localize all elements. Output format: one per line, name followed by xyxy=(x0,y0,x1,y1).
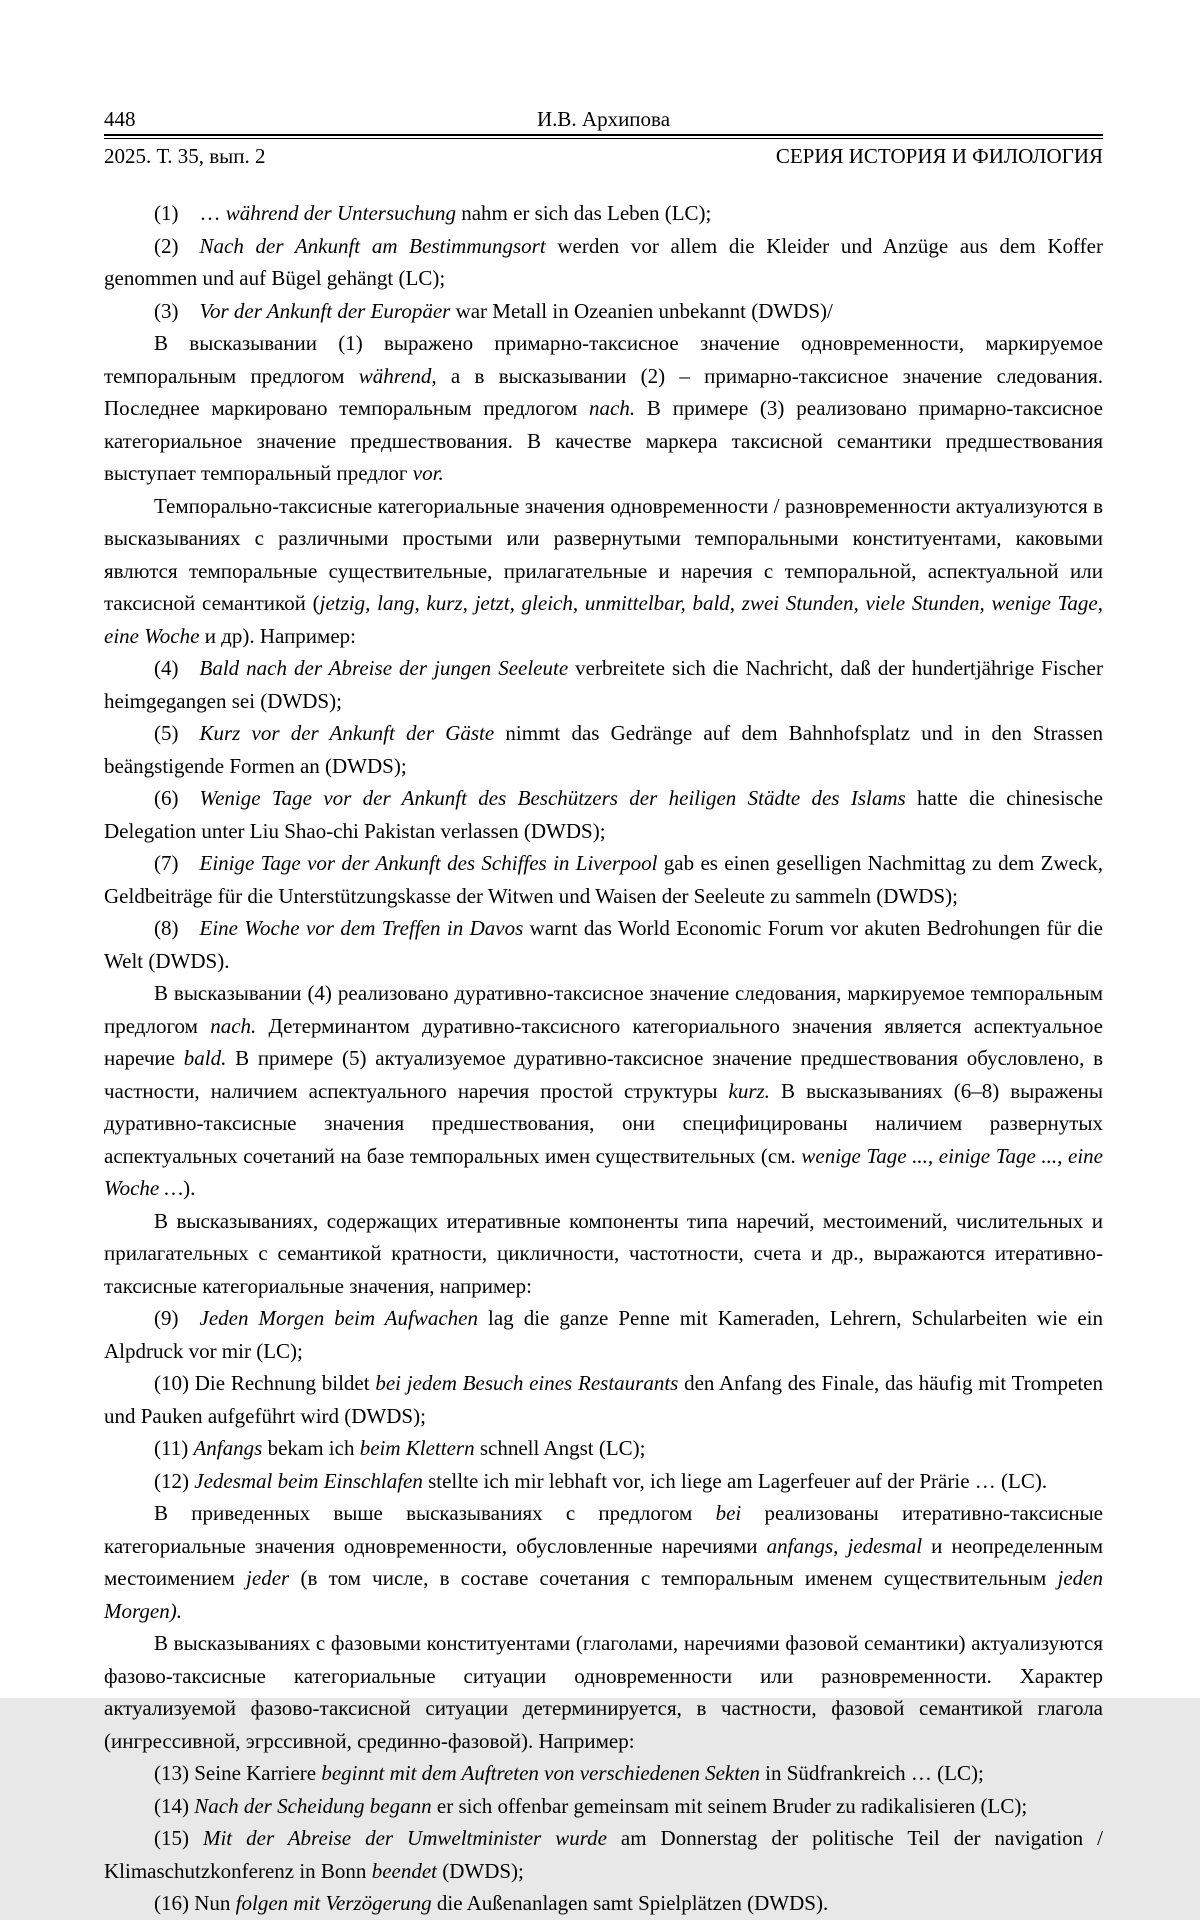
paragraph: (15) Mit der Abreise der Umweltminister … xyxy=(104,1822,1103,1887)
paragraph: (7) Einige Tage vor der Ankunft des Schi… xyxy=(104,847,1103,912)
running-head-author: И.В. Архипова xyxy=(104,106,1103,132)
journal-volume: 2025. Т. 35, вып. 2 xyxy=(104,144,266,169)
paragraph: В высказываниях, содержащих итеративные … xyxy=(104,1205,1103,1303)
paragraph: В высказывании (1) выражено примарно-так… xyxy=(104,327,1103,490)
running-header: 448 И.В. Архипова 2025. Т. 35, вып. 2 СЕ… xyxy=(104,106,1103,169)
paragraph: (6) Wenige Tage vor der Ankunft des Besc… xyxy=(104,782,1103,847)
header-row-top: 448 И.В. Архипова xyxy=(104,106,1103,132)
page-body: (1) … während der Untersuchung nahm er s… xyxy=(104,197,1103,1920)
paragraph: (2) Nach der Ankunft am Bestimmungsort w… xyxy=(104,230,1103,295)
paragraph: (9) Jeden Morgen beim Aufwachen lag die … xyxy=(104,1302,1103,1367)
header-row-bottom: 2025. Т. 35, вып. 2 СЕРИЯ ИСТОРИЯ И ФИЛО… xyxy=(104,144,1103,169)
paragraph: (4) Bald nach der Abreise der jungen See… xyxy=(104,652,1103,717)
paragraph: Темпорально-таксисные категориальные зна… xyxy=(104,490,1103,653)
paragraph: (1) … während der Untersuchung nahm er s… xyxy=(104,197,1103,230)
paragraph: (13) Seine Karriere beginnt mit dem Auft… xyxy=(104,1757,1103,1790)
journal-series: СЕРИЯ ИСТОРИЯ И ФИЛОЛОГИЯ xyxy=(776,144,1103,169)
paragraph: (16) Nun folgen mit Verzögerung die Auße… xyxy=(104,1887,1103,1920)
paragraph: (5) Kurz vor der Ankunft der Gäste nimmt… xyxy=(104,717,1103,782)
paragraph: (14) Nach der Scheidung begann er sich o… xyxy=(104,1790,1103,1823)
paragraph: (11) Anfangs bekam ich beim Klettern sch… xyxy=(104,1432,1103,1465)
paragraph: (10) Die Rechnung bildet bei jedem Besuc… xyxy=(104,1367,1103,1432)
header-rule xyxy=(104,134,1103,139)
paragraph: В высказываниях с фазовыми конституентам… xyxy=(104,1627,1103,1757)
paragraph: (12) Jedesmal beim Einschlafen stellte i… xyxy=(104,1465,1103,1498)
paragraph: (3) Vor der Ankunft der Europäer war Met… xyxy=(104,295,1103,328)
paragraph: (8) Eine Woche vor dem Treffen in Davos … xyxy=(104,912,1103,977)
paragraph: В приведенных выше высказываниях с предл… xyxy=(104,1497,1103,1627)
paragraph: В высказывании (4) реализовано дуративно… xyxy=(104,977,1103,1205)
paper-page: 448 И.В. Архипова 2025. Т. 35, вып. 2 СЕ… xyxy=(0,0,1200,1698)
